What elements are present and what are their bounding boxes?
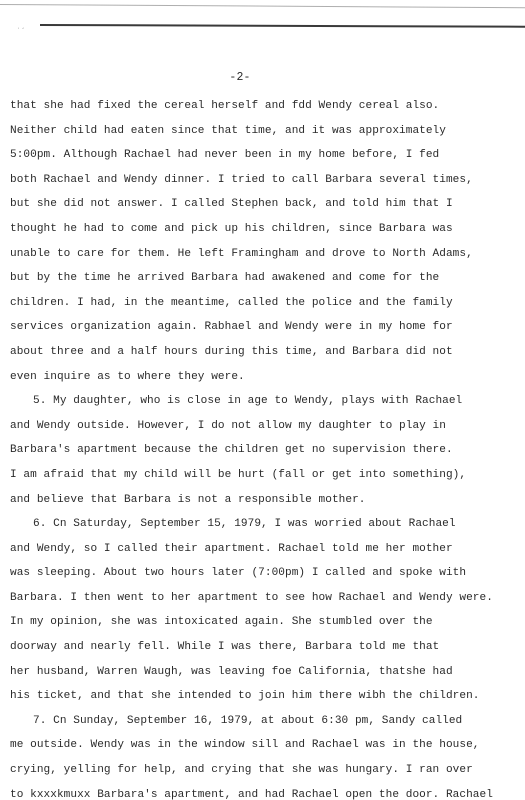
text-line: children. I had, in the meantime, called…: [10, 291, 520, 316]
document-body: that she had fixed the cereal herself an…: [10, 94, 520, 800]
text-line: that she had fixed the cereal herself an…: [10, 94, 520, 119]
text-line: her husband, Warren Waugh, was leaving f…: [10, 660, 520, 685]
text-line: about three and a half hours during this…: [10, 340, 520, 365]
text-line: I am afraid that my child will be hurt (…: [10, 463, 520, 488]
text-line: Neither child had eaten since that time,…: [10, 119, 520, 144]
text-line: Barbara. I then went to her apartment to…: [10, 586, 520, 611]
text-line: 6. Cn Saturday, September 15, 1979, I wa…: [10, 512, 520, 537]
top-rule-thick: [40, 24, 525, 28]
text-line: thought he had to come and pick up his c…: [10, 217, 520, 242]
text-line: me outside. Wendy was in the window sill…: [10, 733, 520, 758]
text-line: 7. Cn Sunday, September 16, 1979, at abo…: [10, 709, 520, 734]
text-line: doorway and nearly fell. While I was the…: [10, 635, 520, 660]
text-line: was sleeping. About two hours later (7:0…: [10, 561, 520, 586]
text-line: In my opinion, she was intoxicated again…: [10, 610, 520, 635]
text-line: both Rachael and Wendy dinner. I tried t…: [10, 168, 520, 193]
top-rule-thin: [0, 4, 525, 8]
text-line: unable to care for them. He left Framing…: [10, 242, 520, 267]
text-line: and Wendy outside. However, I do not all…: [10, 414, 520, 439]
page-number: -2-: [0, 71, 480, 84]
text-line: Barbara's apartment because the children…: [10, 438, 520, 463]
text-line: 5. My daughter, who is close in age to W…: [10, 389, 520, 414]
text-line: but by the time he arrived Barbara had a…: [10, 266, 520, 291]
text-line: his ticket, and that she intended to joi…: [10, 684, 520, 709]
text-line: 5:00pm. Although Rachael had never been …: [10, 143, 520, 168]
text-line: crying, yelling for help, and crying tha…: [10, 758, 520, 783]
text-line: to kxxxkmuxx Barbara's apartment, and ha…: [10, 783, 520, 800]
text-line: services organization again. Rabhael and…: [10, 315, 520, 340]
margin-mark: ˙ˊ: [16, 28, 26, 37]
text-line: even inquire as to where they were.: [10, 365, 520, 390]
text-line: and Wendy, so I called their apartment. …: [10, 537, 520, 562]
text-line: and believe that Barbara is not a respon…: [10, 488, 520, 513]
text-line: but she did not answer. I called Stephen…: [10, 192, 520, 217]
